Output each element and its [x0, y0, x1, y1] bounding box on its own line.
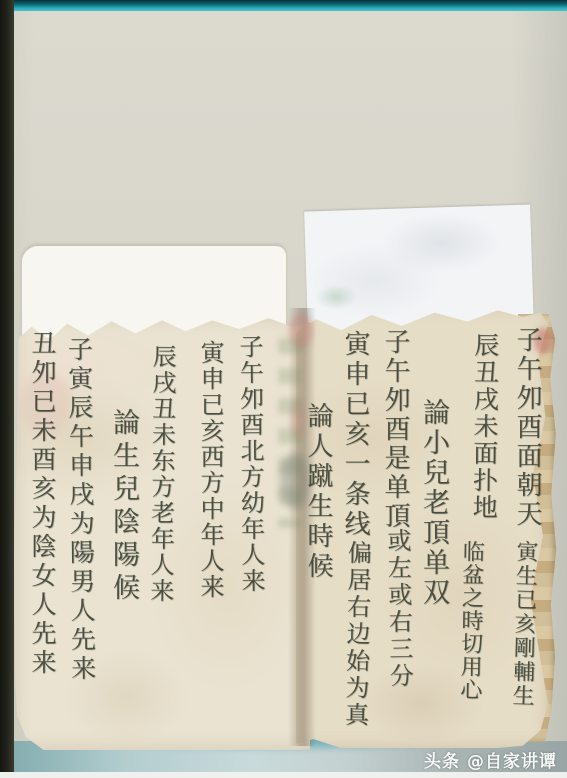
- toutiao-watermark: 头条@自家讲谭: [424, 747, 557, 772]
- white-card-left: [22, 246, 286, 338]
- scanner-edge-left-strip: [0, 0, 14, 773]
- right-page-column-5: 論小兒老頂单双: [414, 398, 453, 608]
- right-page-column-4: 临盆之時切用心: [454, 540, 488, 702]
- left-page-column-2: 寅申已亥西方中年人来: [193, 340, 228, 600]
- right-page-column-9: 偏居右边始为真: [337, 540, 375, 730]
- left-page-column-6: 丑夘已未酉亥为陰女人先来: [24, 330, 60, 678]
- left-page-column-4: 論生兒陰陽候: [104, 408, 143, 606]
- right-page-column-1: 子午夘酉面朝天: [509, 326, 546, 529]
- left-page-column-3: 辰戌丑未东方老年人来: [143, 344, 181, 604]
- scanned-manuscript-photo: 子午夘酉面朝天 辰丑戌未面扑地 寅生已亥剛輔生 临盆之時切用心 論小兒老頂单双 …: [0, 0, 567, 778]
- toutiao-logo-text: 头条: [424, 752, 460, 772]
- right-page-column-3: 寅生已亥剛輔生: [506, 540, 541, 709]
- left-page-column-5: 子寅辰午申戌为陽男人先来: [60, 336, 100, 684]
- right-page-column-10: 論人蹴生時候: [300, 402, 337, 582]
- right-page-column-8: 或左或右三分: [380, 528, 418, 691]
- right-page-column-2: 辰丑戌未面扑地: [465, 332, 503, 521]
- left-page-column-1: 子午夘酉北方幼年人来: [232, 334, 269, 594]
- watermark-handle: @自家讲谭: [467, 752, 557, 772]
- right-page-column-6: 子午夘酉是单頂: [377, 328, 414, 531]
- scan-bottom-white-edge: [0, 772, 567, 778]
- scanner-lid-top-strip: [0, 0, 567, 11]
- right-page-column-7: 寅申已亥一条线: [337, 330, 374, 540]
